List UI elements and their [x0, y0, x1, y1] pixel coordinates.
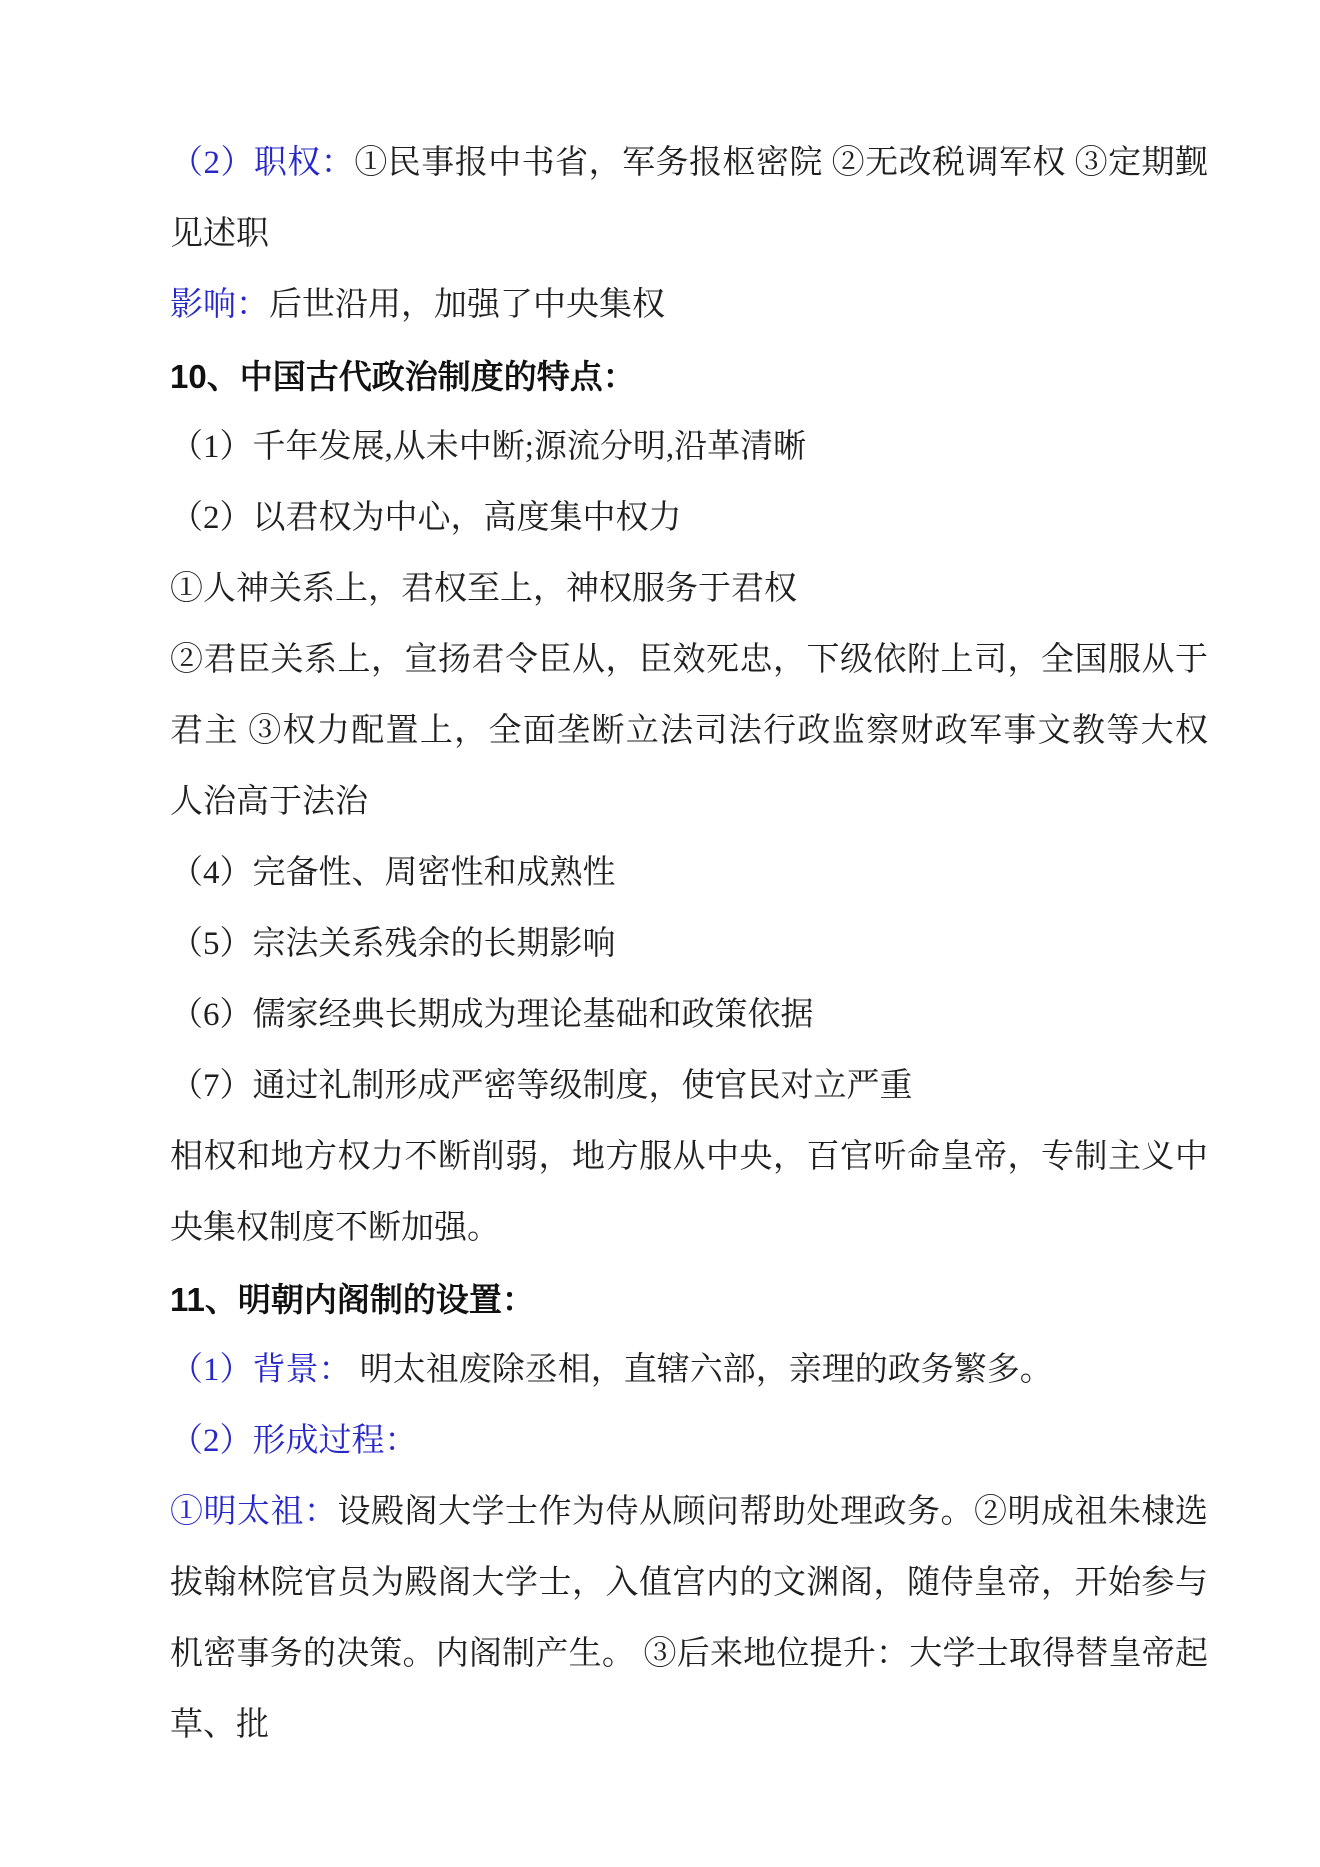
- para-feature-4: （4）完备性、周密性和成熟性: [170, 838, 1208, 909]
- label-yingxiang: 影响：: [170, 287, 269, 323]
- para-ming-taizu: ①明太祖：设殿阁大学士作为侍从顾问帮助处理政务。②明成祖朱棣选拔翰林院官员为殿阁…: [170, 1477, 1208, 1761]
- label-xingcheng-guocheng: （2）形成过程：: [170, 1423, 418, 1459]
- para-yingxiang: 影响：后世沿用，加强了中央集权: [170, 270, 1208, 341]
- para-xingcheng-guocheng: （2）形成过程：: [170, 1406, 1208, 1477]
- para-feature-7: （7）通过礼制形成严密等级制度，使官民对立严重: [170, 1051, 1208, 1122]
- heading-item-10: 10、中国古代政治制度的特点：: [170, 341, 1208, 412]
- para-feature-1: （1）千年发展,从未中断;源流分明,沿革清晰: [170, 412, 1208, 483]
- heading-item-11: 11、明朝内阁制的设置：: [170, 1264, 1208, 1335]
- para-summary: 相权和地方权力不断削弱，地方服从中央，百官听命皇帝，专制主义中央集权制度不断加强…: [170, 1122, 1208, 1264]
- text-ming-taizu: 设殿阁大学士作为侍从顾问帮助处理政务。②明成祖朱棣选拔翰林院官员为殿阁大学士，入…: [170, 1494, 1208, 1743]
- para-zhiquan: （2）职权：①民事报中书省，军务报枢密院 ②无改税调军权 ③定期觐见述职: [170, 128, 1208, 270]
- para-feature-2-sub1: ①人神关系上，君权至上，神权服务于君权: [170, 554, 1208, 625]
- para-beijing: （1）背景： 明太祖废除丞相，直辖六部，亲理的政务繁多。: [170, 1335, 1208, 1406]
- label-ming-taizu: ①明太祖：: [170, 1494, 338, 1530]
- document-page: （2）职权：①民事报中书省，军务报枢密院 ②无改税调军权 ③定期觐见述职 影响：…: [0, 0, 1320, 1867]
- para-feature-5: （5）宗法关系残余的长期影响: [170, 909, 1208, 980]
- label-zhiquan: （2）职权：: [170, 145, 354, 181]
- text-yingxiang: 后世沿用，加强了中央集权: [269, 287, 665, 323]
- label-beijing: （1）背景：: [170, 1352, 352, 1388]
- text-beijing: 明太祖废除丞相，直辖六部，亲理的政务繁多。: [352, 1352, 1053, 1388]
- para-feature-2-sub2-3: ②君臣关系上，宣扬君令臣从，臣效死忠，下级依附上司，全国服从于君主 ③权力配置上…: [170, 625, 1208, 838]
- para-feature-2: （2）以君权为中心，高度集中权力: [170, 483, 1208, 554]
- para-feature-6: （6）儒家经典长期成为理论基础和政策依据: [170, 980, 1208, 1051]
